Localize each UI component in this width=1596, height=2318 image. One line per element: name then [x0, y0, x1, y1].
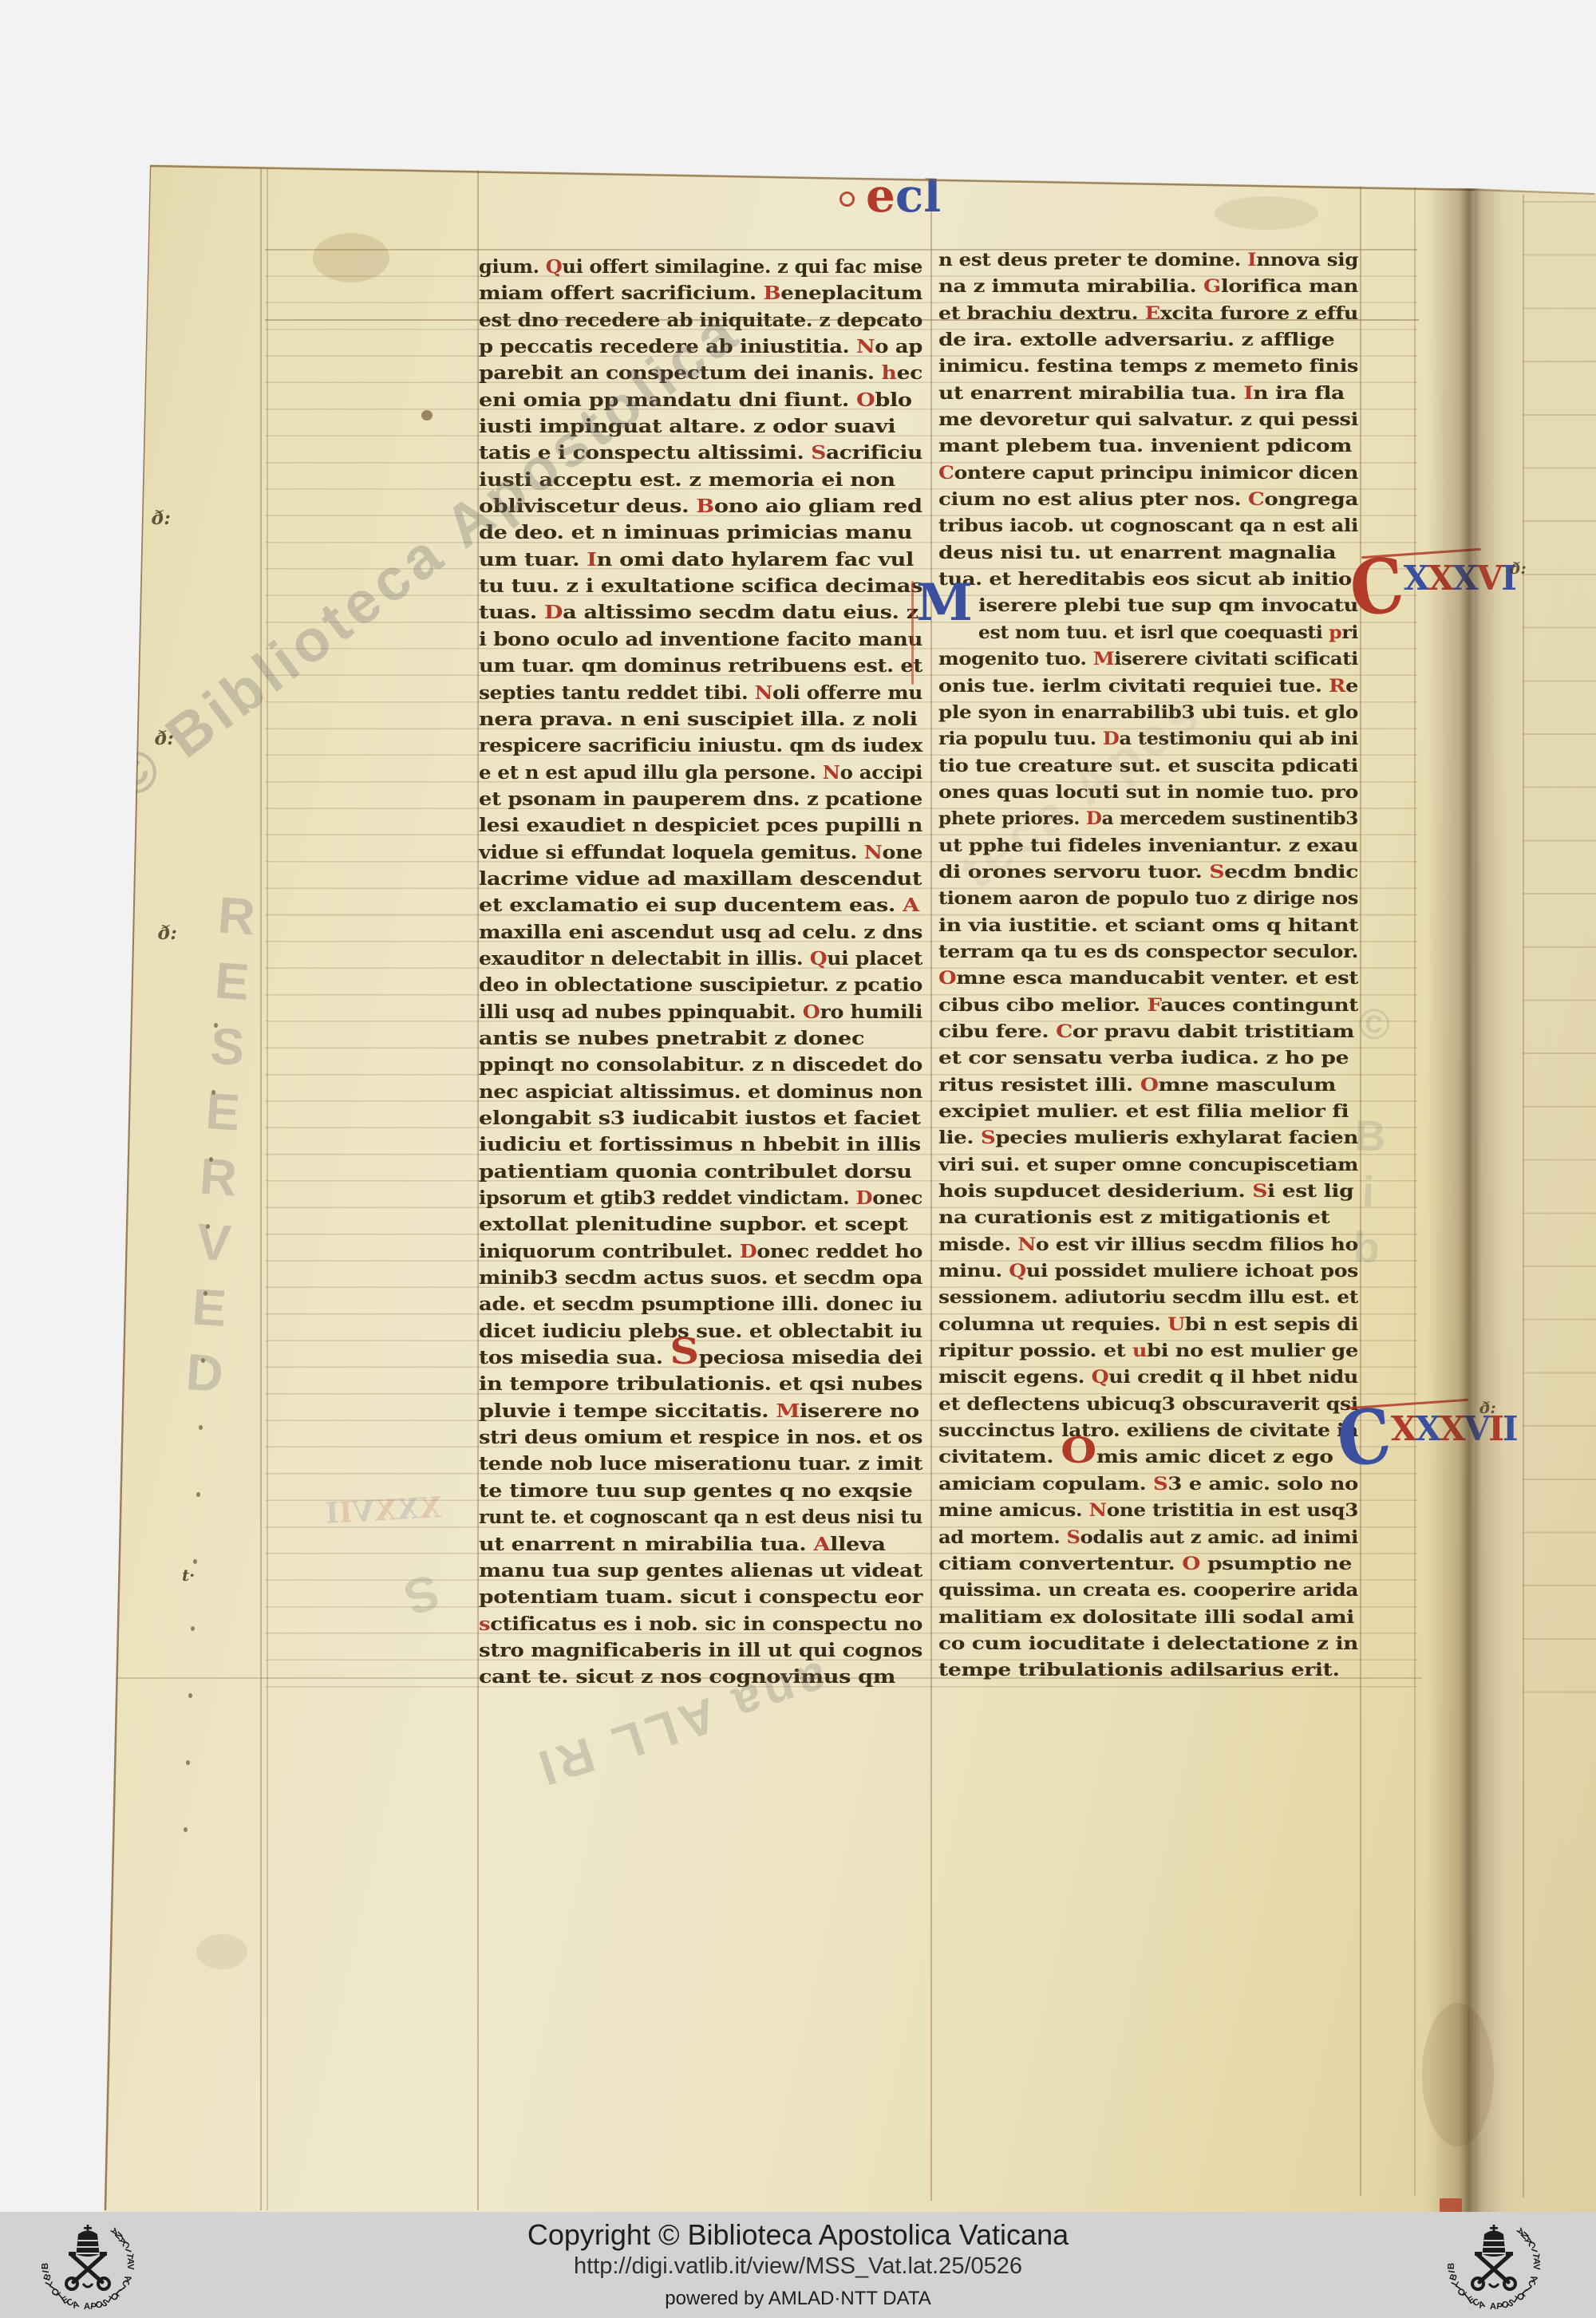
manuscript-text-line: septies tantu reddet tibi. Noli offerre …: [479, 680, 922, 706]
manuscript-text-line: minib3 secdm actus suos. et secdm opa: [479, 1265, 922, 1291]
pricking-hole: [188, 1693, 192, 1698]
manuscript-text-line: tos misedia sua. Speciosa misedia dei: [479, 1345, 922, 1371]
quire-margin-mark: ð:: [1510, 559, 1527, 578]
logo-arc-letter: B: [1447, 2262, 1456, 2269]
manuscript-text-line: Contere caput principu inimicor dicen: [938, 460, 1358, 487]
pricking-hole: [186, 1760, 190, 1765]
manuscript-text-line: illi usq ad nubes ppinquabit. Oro humili: [479, 999, 922, 1025]
bleed-through-chapter-number: XXXVII: [325, 1491, 442, 1530]
manuscript-text-line: exauditor n delectabit in illis. Qui pla…: [479, 946, 922, 972]
manuscript-text-line: lie. Species mulieris exhylarat facien: [938, 1125, 1358, 1151]
manuscript-text-line: ripitur possio. et ubi no est mulier ge: [938, 1338, 1358, 1364]
manuscript-text-line: manu tua sup gentes alienas ut videat: [479, 1558, 922, 1584]
manuscript-text-line: cibus cibo melior. Fauces contingunt: [938, 993, 1358, 1019]
manuscript-text-line: columna ut requies. Ubi n est sepis di: [938, 1312, 1358, 1338]
manuscript-text-line: misde. No est vir illius secdm filios ho: [938, 1232, 1358, 1258]
manuscript-text-line: obliviscetur deus. Bono aio gliam red: [479, 493, 922, 519]
manuscript-text-line: excipiet mulier. et est filia melior fi: [938, 1099, 1349, 1125]
manuscript-text-line: succinctus latro. exiliens de civitate i…: [938, 1418, 1358, 1444]
page-gutter-shadow: [1427, 188, 1503, 2212]
manuscript-text-line: dicet iudiciu plebs sue. et oblectabit i…: [479, 1318, 922, 1345]
manuscript-text-line: respicere sacrificiu iniustu. qm ds iude…: [479, 733, 922, 759]
pricking-hole: [184, 1827, 188, 1832]
manuscript-text-line: nec aspiciat altissimus. et dominus non: [479, 1079, 922, 1105]
manuscript-text-line: ade. et secdm psumptione illi. donec iu: [479, 1291, 922, 1317]
manuscript-text-line: stri deus omium et respice in nos. et os: [479, 1424, 922, 1451]
manuscript-text-line: civitatem. Omis amic dicet z ego: [938, 1444, 1333, 1471]
manuscript-text-line: iusti impinguat altare. z odor suavi: [479, 413, 895, 440]
manuscript-text-line: ipsorum et gtib3 reddet vindictam. Donec: [479, 1185, 922, 1211]
manuscript-text-line: me devoretur qui salvatur. z qui pessi: [938, 407, 1358, 433]
manuscript-text-line: et exclamatio ei sup ducentem eas. A: [479, 892, 919, 918]
manuscript-text-line: cium no est alius pter nos. Congrega: [938, 487, 1358, 513]
manuscript-text-line: co cum iocuditate i delectatione z in: [938, 1631, 1358, 1657]
papal-keys-tiara-icon: [40, 2217, 136, 2312]
manuscript-text-line: extollat plenitudine supbor. et scept: [479, 1211, 907, 1238]
manuscript-text-line: mogenito tuo. Miserere civitati scificat…: [938, 646, 1358, 673]
manuscript-text-line: est dno recedere ab iniquitate. z depcat…: [479, 307, 922, 334]
manuscript-text-line: miam offert sacrificium. Beneplacitum: [479, 280, 922, 306]
quire-margin-mark: t·: [182, 1566, 195, 1585]
manuscript-text-line: hois supducet desiderium. Si est lig: [938, 1179, 1353, 1205]
manuscript-text-line: in via iustitie. et sciant oms q hitant: [938, 913, 1358, 939]
manuscript-text-line: iudiciu et fortissimus n hbebit in illis: [479, 1131, 921, 1158]
manuscript-text-line: sctificatus es i nob. sic in conspectu n…: [479, 1611, 922, 1637]
manuscript-text-line: mine amicus. None tristitia in est usq3: [938, 1498, 1358, 1524]
manuscript-text-line: onis tue. ierlm civitati requiei tue. Re: [938, 673, 1358, 700]
parchment-stain: [1215, 196, 1318, 230]
margin-rule-left-outer: [260, 168, 262, 2210]
manuscript-text-line: iusti acceptu est. z memoria ei non: [479, 467, 895, 493]
manuscript-text-line: minu. Qui possidet muliere ichoat pos: [938, 1258, 1358, 1285]
text-column-right: n est deus preter te domine. Innova sign…: [938, 247, 1358, 1684]
manuscript-page-scan: ecl gium. Qui offert similagine. z qui f…: [0, 0, 1596, 2318]
manuscript-text-line: in tempore tribulationis. et qsi nubes: [479, 1371, 922, 1397]
manuscript-text-line: tempe tribulationis adilsarius erit.: [938, 1657, 1339, 1684]
facing-page-rule: [1523, 195, 1524, 2198]
manuscript-text-line: malitiam ex dolositate illi sodal ami: [938, 1605, 1354, 1631]
manuscript-text-line: ppinqt no consolabitur. z n discedet do: [479, 1052, 922, 1078]
manuscript-text-line: et brachiu dextru. Excita furore z effu: [938, 301, 1358, 327]
vatican-library-logo: BIBLIOTECA APOSTOLICA VATICANA: [40, 2217, 136, 2312]
manuscript-text-line: viri sui. et super omne concupiscetiam: [938, 1152, 1358, 1179]
manuscript-text-line: phete priores. Da mercedem sustinentib3: [938, 806, 1358, 832]
manuscript-text-line: i bono oculo ad inventione facito manu: [479, 626, 922, 653]
pricking-hole: [201, 1358, 205, 1363]
footer-url[interactable]: http://digi.vatlib.it/view/MSS_Vat.lat.2…: [0, 2253, 1596, 2280]
manuscript-text-line: n est deus preter te domine. Innova sig: [938, 247, 1358, 274]
manuscript-text-line: Omne esca manducabit venter. et est: [938, 966, 1358, 992]
manuscript-text-line: pluvie i tempe siccitatis. Miserere no: [479, 1398, 919, 1424]
manuscript-text-line: tio tue creature sut. et suscita pdicati: [938, 753, 1358, 780]
manuscript-text-line: nera prava. n eni suscipiet illa. z noli: [479, 706, 918, 733]
running-title-letters: ecl: [866, 199, 941, 215]
manuscript-text-line: p peccatis recedere ab iniustitia. No ap: [479, 334, 922, 360]
margin-rule-col3: [1360, 185, 1361, 2196]
pricking-hole: [214, 1023, 218, 1028]
manuscript-text-line: tribus iacob. ut cognoscant qa n est ali: [938, 513, 1358, 539]
manuscript-text-line: et deflectens ubicuq3 obscuraverit qsi: [938, 1392, 1358, 1418]
manuscript-text-line: quissima. un creata es. cooperire arida: [938, 1578, 1358, 1604]
manuscript-text-line: ritus resistet illi. Omne masculum: [938, 1072, 1336, 1099]
illuminated-initial: M: [916, 578, 973, 629]
pricking-hole: [199, 1425, 203, 1430]
parchment-stain: [313, 233, 389, 282]
text-column-left: gium. Qui offert similagine. z qui fac m…: [479, 254, 922, 1691]
manuscript-text-line: ones quas locuti sut in nomie tuo. pro: [938, 780, 1358, 806]
manuscript-text-line: de deo. et n iminuas primicias manu: [479, 519, 912, 546]
manuscript-text-line: tende nob luce miserationu tuar. z imit: [479, 1451, 922, 1477]
manuscript-text-line: ple syon in enarrabilib3 ubi tuis. et gl…: [938, 700, 1358, 726]
manuscript-text-line: ad mortem. Sodalis aut z amic. ad inimi: [938, 1525, 1358, 1551]
manuscript-text-line: sessionem. adiutoriu secdm illu est. et: [938, 1285, 1358, 1311]
vatican-library-logo: BIBLIOTECA APOSTOLICA VATICANA: [1446, 2217, 1542, 2312]
ink-spot: [421, 410, 433, 421]
manuscript-text-line: iniquorum contribulet. Donec reddet ho: [479, 1238, 922, 1265]
viewer-footer: Copyright © Biblioteca Apostolica Vatica…: [0, 2212, 1596, 2318]
margin-rule-col2: [930, 182, 932, 2201]
manuscript-text-line: runt te. et cognoscant qa n est deus nis…: [479, 1504, 922, 1530]
initial-flourish: [911, 581, 914, 685]
manuscript-text-line: cibu fere. Cor pravu dabit tristitiam: [938, 1019, 1354, 1045]
manuscript-text-line: gium. Qui offert similagine. z qui fac m…: [479, 254, 922, 280]
manuscript-text-line: tua. et hereditabis eos sicut ab initio.: [938, 567, 1358, 593]
manuscript-text-line: lacrime vidue ad maxillam descendut: [479, 866, 922, 892]
manuscript-text-line: vidue si effundat loquela gemitus. None: [479, 839, 922, 866]
logo-arc-letter: B: [41, 2262, 50, 2269]
manuscript-text-line: ut enarrent n mirabilia tua. Alleva: [479, 1531, 886, 1558]
manuscript-text-line: de ira. extolle adversariu. z afflige: [938, 327, 1334, 353]
quire-margin-mark: ð:: [155, 728, 174, 749]
running-title-ring-mark: [839, 192, 855, 207]
manuscript-text-line: parebit an conspectum dei inanis. hec: [479, 360, 922, 386]
manuscript-text-line: te timore tuu sup gentes q no exqsie: [479, 1478, 913, 1504]
manuscript-text-line: patientiam quonia contribulet dorsu: [479, 1159, 912, 1185]
parchment-stain: [196, 1934, 247, 1969]
manuscript-text-line: um tuar. In omi dato hylarem fac vul: [479, 547, 914, 573]
manuscript-text-line: mant plebem tua. invenient pdicom: [938, 433, 1352, 460]
manuscript-text-line: ria populu tuu. Da testimoniu qui ab ini: [938, 726, 1358, 752]
manuscript-text-line: maxilla eni ascendut usq ad celu. z dns: [479, 919, 922, 946]
manuscript-text-line: na curationis est z mitigationis et: [938, 1205, 1329, 1231]
manuscript-text-line: cant te. sicut z nos cognovimus qm: [479, 1664, 895, 1690]
manuscript-text-line: e et n est apud illu gla persone. No acc…: [479, 760, 922, 786]
quire-margin-mark: ð:: [158, 922, 177, 944]
manuscript-text-line: deus nisi tu. ut enarrent magnalia: [938, 540, 1336, 567]
manuscript-text-line: antis se nubes pnetrabit z donec: [479, 1025, 864, 1052]
margin-rule-right: [1414, 185, 1416, 2196]
manuscript-text-line: deo in oblectatione suscipietur. z pcati…: [479, 972, 922, 998]
manuscript-text-line: di orones servoru tuor. Secdm bndic: [938, 859, 1358, 886]
pricking-hole: [209, 1157, 213, 1162]
manuscript-text-line: et psonam in pauperem dns. z pcatione: [479, 786, 922, 812]
manuscript-text-line: ut pphe tui fideles inveniantur. z exau: [938, 833, 1358, 859]
manuscript-text-line: lesi exaudiet n despiciet pces pupilli n: [479, 812, 922, 839]
manuscript-text-line: tionem aaron de populo tuo z dirige nos: [938, 886, 1358, 912]
manuscript-text-line: eni omia pp mandatu dni fiunt. Oblo: [479, 387, 912, 413]
manuscript-text-line: miscit egens. Qui credit q il hbet nidu: [938, 1364, 1358, 1391]
manuscript-text-line: ut enarrent mirabilia tua. In ira fla: [938, 381, 1345, 407]
manuscript-text-line: iserere plebi tue sup qm invocatu: [978, 593, 1358, 619]
margin-rule-left-outer2: [267, 168, 268, 2210]
pricking-hole: [196, 1492, 200, 1497]
digitized-manuscript-viewer: ecl gium. Qui offert similagine. z qui f…: [0, 0, 1596, 2318]
footer-powered-by: powered by AMLAD·NTT DATA: [0, 2288, 1596, 2310]
facing-page-ruling: [1523, 201, 1596, 1701]
pricking-hole: [211, 1090, 215, 1095]
manuscript-text-line: stro magnificaberis in ill ut qui cognos: [479, 1637, 922, 1664]
manuscript-text-line: na z immuta mirabilia. Glorifica man: [938, 274, 1358, 300]
manuscript-text-line: est nom tuu. et isrl que coequasti pri: [978, 620, 1358, 646]
quire-margin-mark: ð:: [152, 507, 171, 529]
manuscript-text-line: potentiam tuam. sicut i conspectu eor: [479, 1584, 922, 1610]
manuscript-text-line: amiciam copulam. S3 e amic. solo no: [938, 1471, 1358, 1498]
manuscript-text-line: inimicu. festina temps z memeto finis: [938, 353, 1358, 380]
manuscript-text-line: tu tuu. z i exultatione scifica decimas: [479, 573, 922, 599]
running-title: ecl: [839, 192, 941, 215]
manuscript-text-line: elongabit s3 iudicabit iustos et faciet: [479, 1105, 921, 1131]
papal-keys-tiara-icon: [1446, 2217, 1542, 2312]
manuscript-text-line: et cor sensatu verba iudica. z ho pe: [938, 1045, 1349, 1072]
manuscript-text-line: um tuar. qm dominus retribuens est. et: [479, 653, 922, 679]
manuscript-text-line: citiam convertentur. O psumptio ne: [938, 1551, 1352, 1578]
manuscript-text-line: terram qa tu es ds conspector seculor.: [938, 939, 1358, 966]
manuscript-text-line: tatis e i conspectu altissimi. Sacrifici…: [479, 440, 922, 466]
manuscript-text-line: tuas. Da altissimo secdm datu eius. z: [479, 599, 918, 626]
footer-copyright: Copyright © Biblioteca Apostolica Vatica…: [0, 2218, 1596, 2252]
red-edge-mark: [1440, 2198, 1462, 2212]
